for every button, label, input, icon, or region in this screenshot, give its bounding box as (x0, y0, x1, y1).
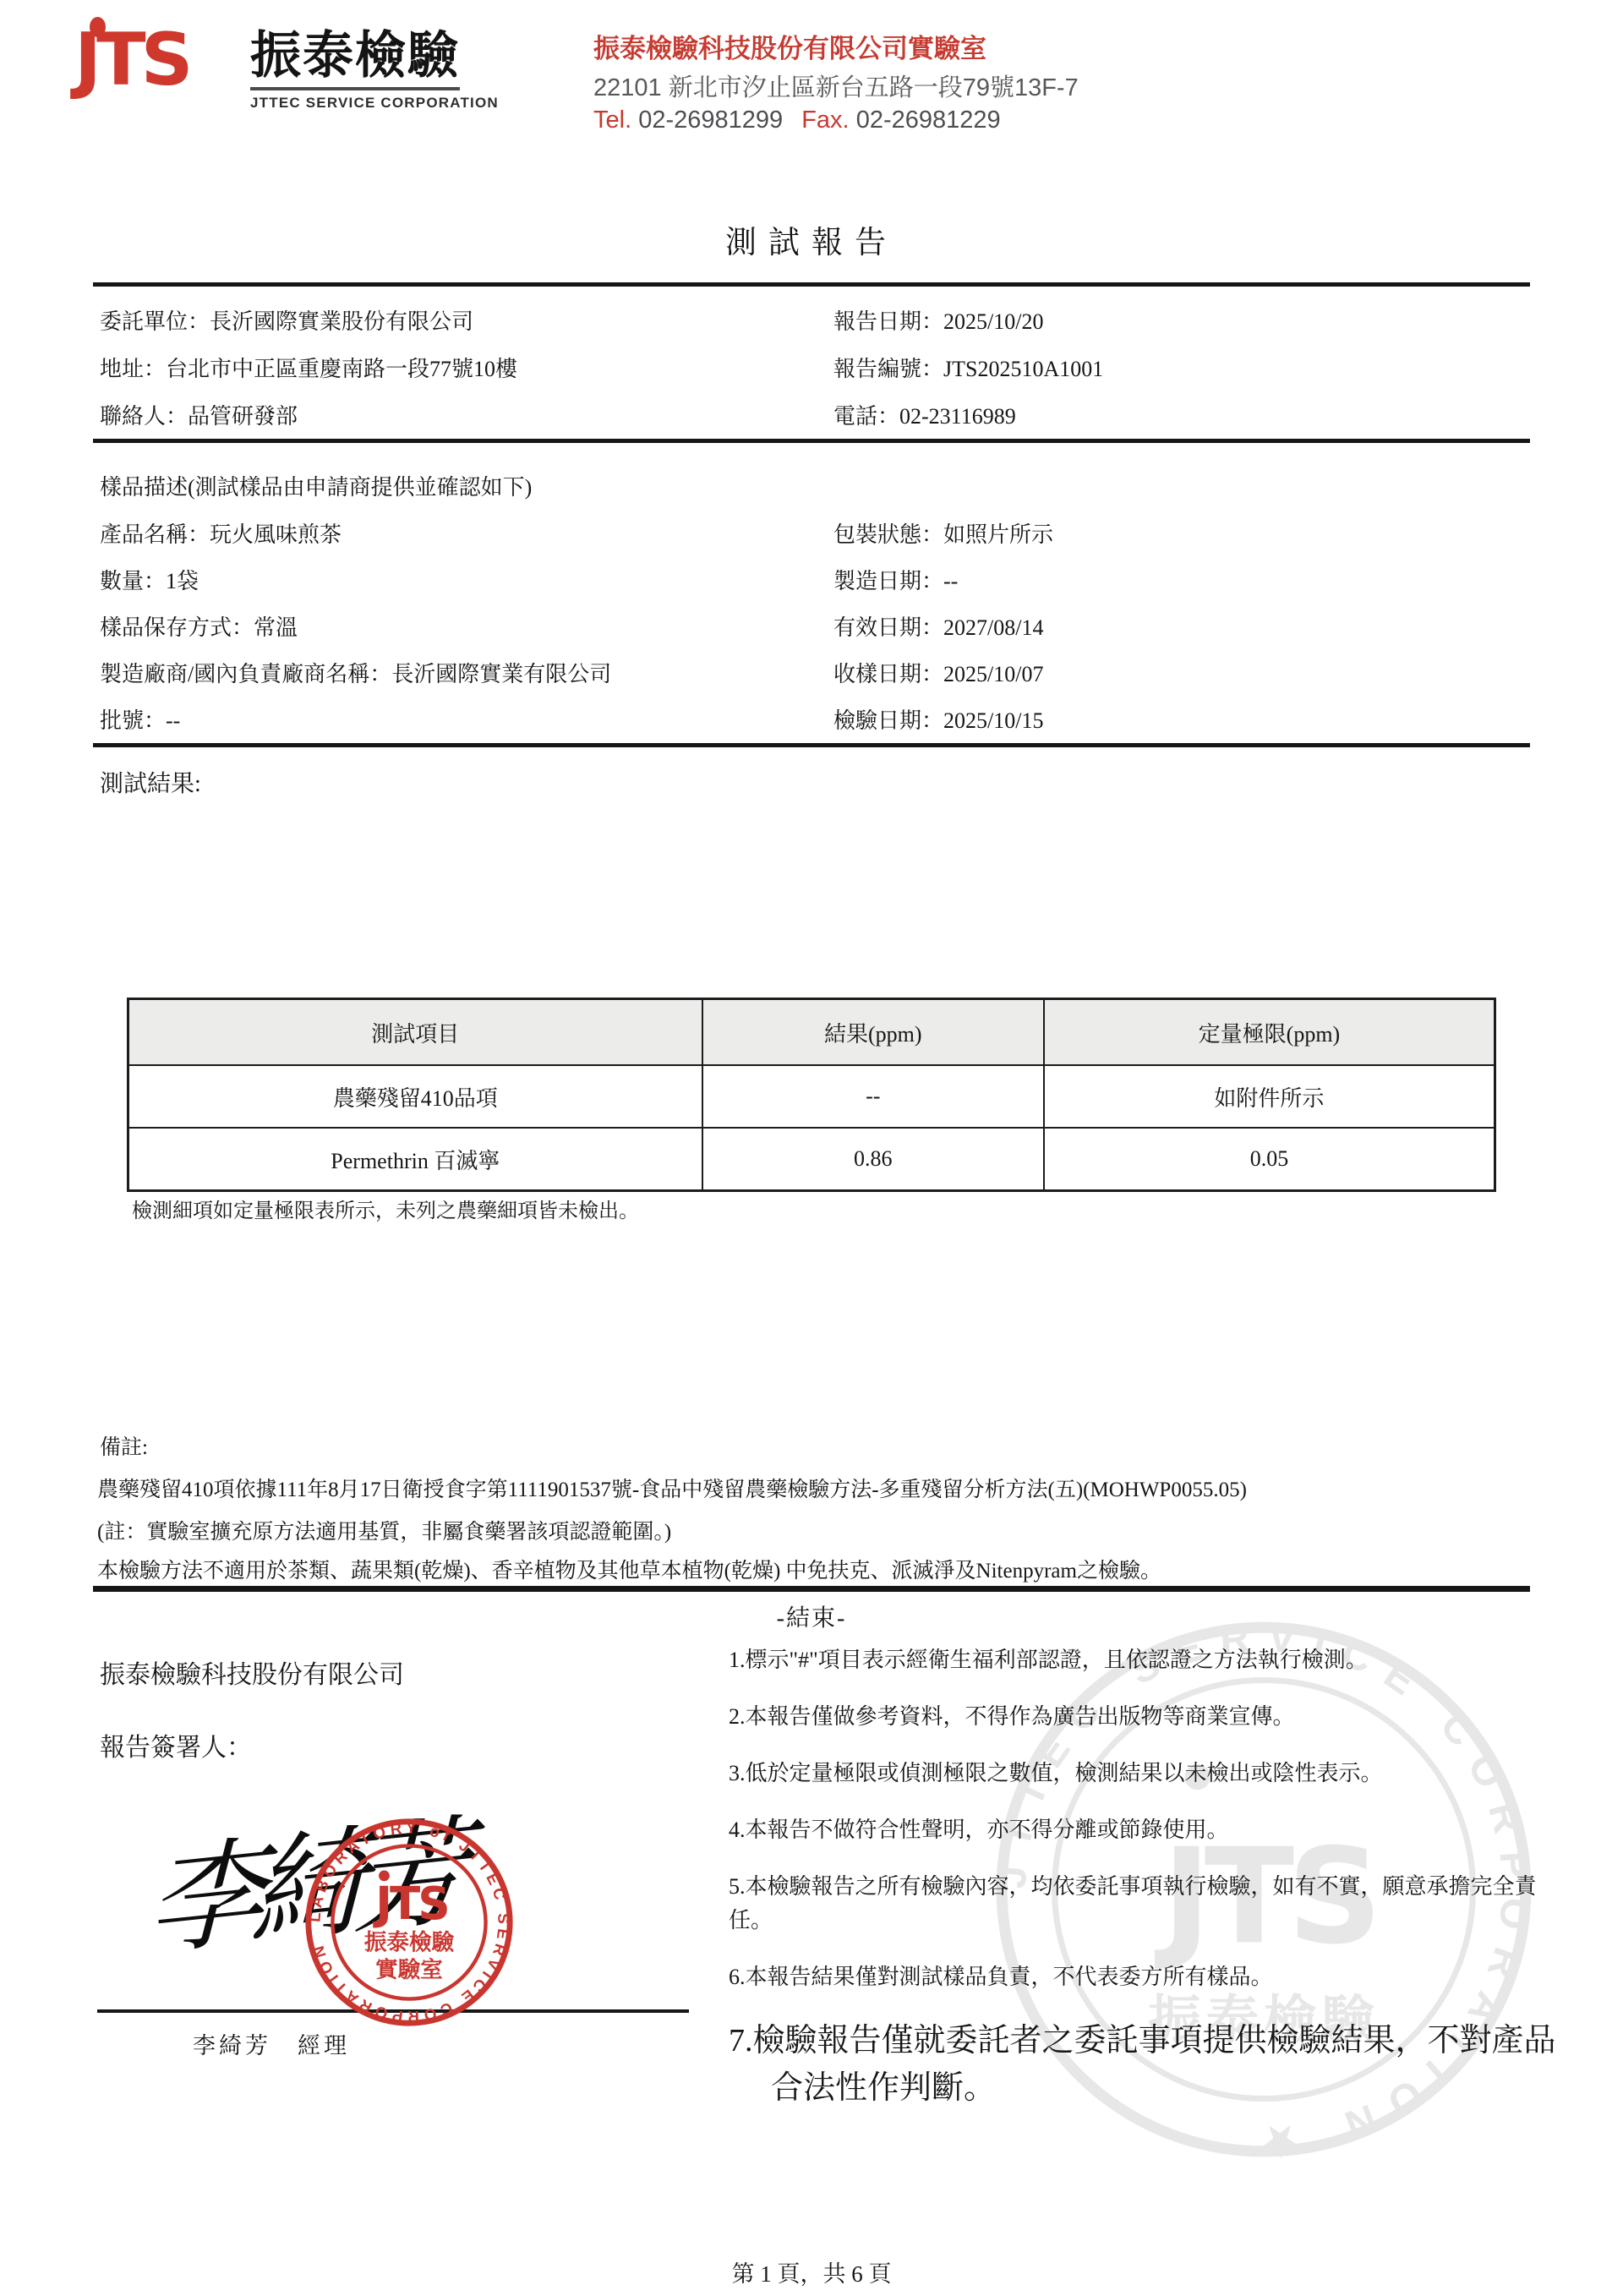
note-item: 4.本報告不做符合性聲明，亦不得分離或節錄使用。 (729, 1813, 1561, 1847)
lab-name: 振泰檢驗科技股份有限公司實驗室 (593, 34, 1079, 64)
jts-logo-dot-icon (90, 17, 106, 37)
tel-value: 02-26981299 (638, 107, 783, 134)
sample-heading: 樣品描述(測試樣品由申請商提供並確認如下) (100, 470, 532, 501)
sample-received-date: 收樣日期：2025/10/07 (833, 657, 1043, 688)
table-header-row: 測試項目 結果(ppm) 定量極限(ppm) (128, 999, 1495, 1066)
client-contact: 聯絡人：品管研發部 (100, 399, 298, 430)
lab-address: 22101 新北市汐止區新台五路一段79號13F-7 (593, 68, 1079, 103)
sample-quantity: 數量：1袋 (100, 564, 199, 595)
signer-label: 報告簽署人： (100, 1726, 252, 1763)
results-table: 測試項目 結果(ppm) 定量極限(ppm) 農藥殘留410品項 -- 如附件所… (127, 998, 1496, 1192)
sample-storage: 樣品保存方式：常溫 (100, 610, 298, 642)
sample-lot: 批號：-- (100, 703, 180, 735)
stamp-line1: 振泰檢驗 (364, 1929, 455, 1954)
client-address: 地址：台北市中正區重慶南路一段77號10樓 (100, 352, 517, 383)
fax-value: 02-26981229 (856, 107, 1001, 134)
page-title: 測試報告 (0, 216, 1623, 262)
remark-line: 本檢驗方法不適用於茶類、蔬果類(乾燥)、香辛植物及其他草本植物(乾燥) 中免扶克… (97, 1554, 1161, 1584)
col-header-result: 結果(ppm) (702, 999, 1044, 1066)
section-divider (93, 439, 1530, 443)
client-phone: 電話：02-23116989 (833, 399, 1016, 430)
table-row: 農藥殘留410品項 -- 如附件所示 (128, 1065, 1495, 1128)
remark-line: 農藥殘留410項依據111年8月17日衛授食字第1111901537號-食品中殘… (97, 1473, 1247, 1503)
sample-manufacturer: 製造廠商/國內負責廠商名稱：長沂國際實業有限公司 (100, 657, 611, 688)
sample-mfg-date: 製造日期：-- (833, 564, 958, 595)
cell-result: 0.86 (702, 1128, 1044, 1191)
page-number: 第 1 頁，共 6 頁 (0, 2255, 1623, 2288)
sample-test-date: 檢驗日期：2025/10/15 (833, 703, 1043, 735)
lab-phone-fax: Tel. 02-26981299 Fax. 02-26981229 (593, 107, 1079, 134)
section-divider (93, 282, 1530, 287)
sample-packaging: 包裝狀態：如照片所示 (833, 517, 1053, 549)
remarks-label: 備註: (100, 1430, 148, 1461)
note-item: 3.低於定量極限或偵測極限之數值，檢測結果以未檢出或陰性表示。 (729, 1757, 1561, 1790)
signer-name-title: 李綺芳 經理 (193, 2027, 350, 2060)
logo-subtitle: JTTEC SERVICE CORPORATION (250, 95, 499, 112)
logo-wordmark: 振泰檢驗 JTTEC SERVICE CORPORATION (250, 30, 499, 112)
jts-logo: JTS (74, 24, 189, 96)
report-number: 報告編號：JTS202510A1001 (833, 352, 1103, 383)
results-section-label: 測試結果: (100, 765, 201, 799)
lab-contact-block: 振泰檢驗科技股份有限公司實驗室 22101 新北市汐止區新台五路一段79號13F… (593, 34, 1079, 134)
fax-label: Fax. (801, 107, 849, 134)
cell-loq: 0.05 (1044, 1128, 1495, 1191)
sample-product-name: 產品名稱：玩火風味煎茶 (100, 517, 342, 549)
stamp-logo-text: JTS (373, 1878, 447, 1930)
col-header-test-item: 測試項目 (128, 999, 702, 1066)
stamp-line2: 實驗室 (375, 1957, 443, 1982)
tel-label: Tel. (593, 107, 631, 134)
report-date: 報告日期：2025/10/20 (833, 304, 1043, 336)
sample-expiry-date: 有效日期：2027/08/14 (833, 610, 1043, 642)
remark-line: (註：實驗室擴充原方法適用基質，非屬食藥署該項認證範圍。) (97, 1515, 671, 1545)
cell-test-item: 農藥殘留410品項 (128, 1065, 702, 1128)
test-report-page: JTS 振泰檢驗 JTTEC SERVICE CORPORATION 振泰檢驗科… (0, 0, 1623, 2296)
note-item: 5.本檢驗報告之所有檢驗內容，均依委託事項執行檢驗，如有不實，願意承擔完全責任。 (729, 1870, 1561, 1938)
report-notes: 1.標示"#"項目表示經衛生福利部認證，且依認證之方法執行檢測。 2.本報告僅做… (729, 1643, 1561, 2135)
note-item: 2.本報告僅做參考資料，不得作為廣告出版物等商業宣傳。 (729, 1700, 1561, 1734)
table-row: Permethrin 百滅寧 0.86 0.05 (128, 1128, 1495, 1191)
cell-result: -- (702, 1065, 1044, 1128)
note-item: 1.標示"#"項目表示經衛生福利部認證，且依認證之方法執行檢測。 (729, 1643, 1561, 1677)
note-item: 6.本報告結果僅對測試樣品負責，不代表委方所有樣品。 (729, 1960, 1561, 1994)
issuer-company: 振泰檢驗科技股份有限公司 (100, 1654, 404, 1691)
logo-chinese-name: 振泰檢驗 (250, 30, 499, 81)
lab-stamp: LABORATORY of JTTEC SERVICE CORPORATION … (301, 1814, 517, 2031)
section-divider (93, 743, 1530, 747)
col-header-loq: 定量極限(ppm) (1044, 999, 1495, 1066)
table-footnote: 檢測細項如定量極限表所示，未列之農藥細項皆未檢出。 (132, 1194, 639, 1223)
client-unit: 委託單位：長沂國際實業股份有限公司 (100, 304, 473, 336)
section-divider (93, 1586, 1530, 1592)
note-item: 7.檢驗報告僅就委託者之委託事項提供檢驗結果，不對產品合法性作判斷。 (729, 2017, 1561, 2112)
cell-loq: 如附件所示 (1044, 1065, 1495, 1128)
cell-test-item: Permethrin 百滅寧 (128, 1128, 702, 1191)
logo-underline (250, 87, 460, 90)
